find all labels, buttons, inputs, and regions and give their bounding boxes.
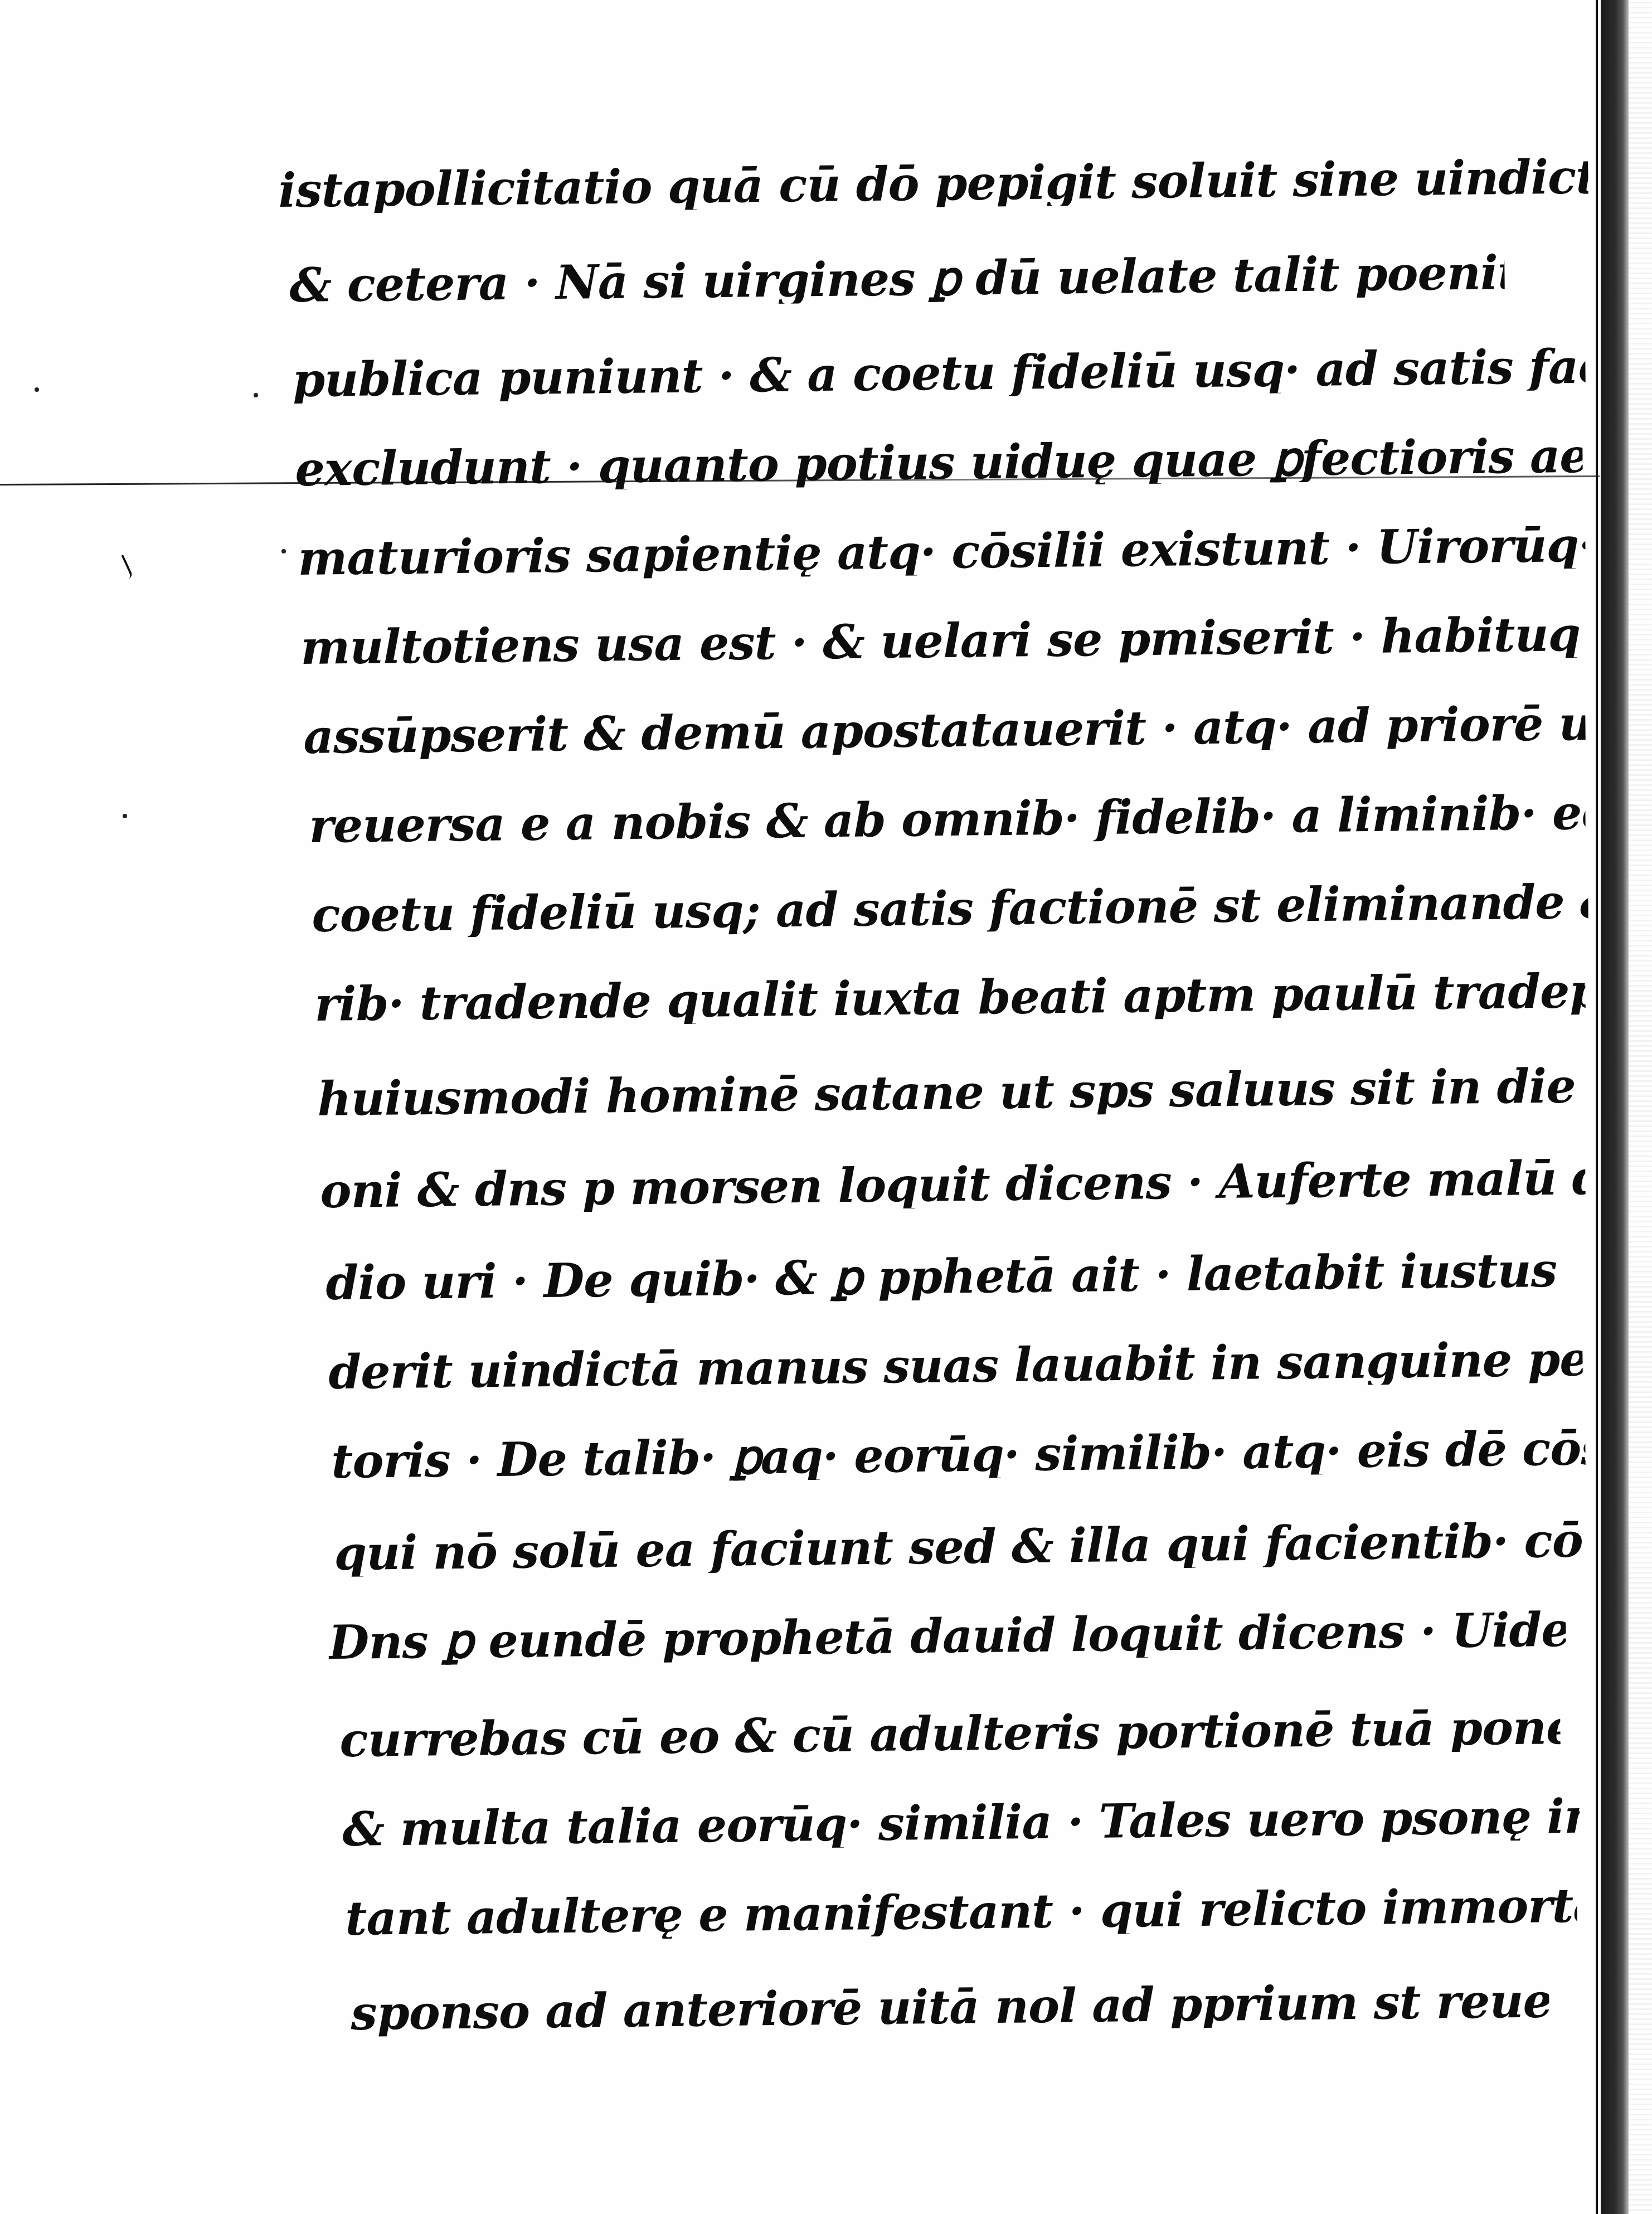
- manuscript-line: excludunt · quanto potius uiduę quae ꝑfe…: [295, 433, 1583, 493]
- manuscript-line: tant adulterę e manifestant · qui relict…: [345, 1882, 1577, 1942]
- manuscript-line: rib· tradende qualit iuxta beati aptm pa…: [314, 968, 1586, 1028]
- manuscript-line: oni & dns p morsen loquit dicens · Aufer…: [320, 1154, 1586, 1215]
- manuscript-line: & cetera · Nā si uirgines ꝑ dū uelate ta…: [289, 249, 1505, 309]
- binding-gutter: [1601, 0, 1629, 2214]
- manuscript-line: & multa talia eorūq· similia · Tales uer…: [342, 1793, 1580, 1853]
- page-edge: [1629, 0, 1652, 2214]
- manuscript-line: sponso ad anteriorē uitā nol ad pprium s…: [351, 1977, 1549, 2037]
- text-block: istapollicitatio quā cū dō pepigit solui…: [0, 0, 1594, 2214]
- manuscript-line: reuersa e a nobis & ab omnib· fidelib· a…: [309, 789, 1586, 849]
- manuscript-line: currebas cū eo & cū adulteris portionē t…: [339, 1704, 1561, 1764]
- manuscript-line: publica puniunt · & a coetu fideliū usq·…: [292, 343, 1586, 404]
- manuscript-line: qui nō solū ea faciunt sed & illa qui fa…: [334, 1517, 1583, 1577]
- manuscript-page: istapollicitatio quā cū dō pepigit solui…: [0, 0, 1652, 2214]
- manuscript-line: maturioris sapientię atq· cōsilii existu…: [298, 522, 1586, 582]
- manuscript-line: assūpserit & demū apostatauerit · atq· a…: [303, 700, 1586, 760]
- manuscript-line: toris · De talib· ꝑaq· eorūq· similib· a…: [331, 1425, 1586, 1485]
- manuscript-line: multotiens usa est · & uelari se pmiseri…: [300, 611, 1583, 671]
- manuscript-line: Dns ꝑ eundē prophetā dauid loquit dicens…: [328, 1606, 1566, 1666]
- manuscript-line: huiusmodi hominē satane ut sps saluus si…: [317, 1062, 1588, 1123]
- gutter-line: [1596, 0, 1598, 2214]
- manuscript-line: coetu fideliū usq; ad satis factionē st …: [312, 878, 1588, 939]
- manuscript-line: dio uri · De quib· & ꝑ pphetā ait · laet…: [325, 1247, 1569, 1307]
- manuscript-line: istapollicitatio quā cū dō pepigit solui…: [278, 153, 1588, 214]
- manuscript-line: derit uindictā manus suas lauabit in san…: [328, 1336, 1583, 1396]
